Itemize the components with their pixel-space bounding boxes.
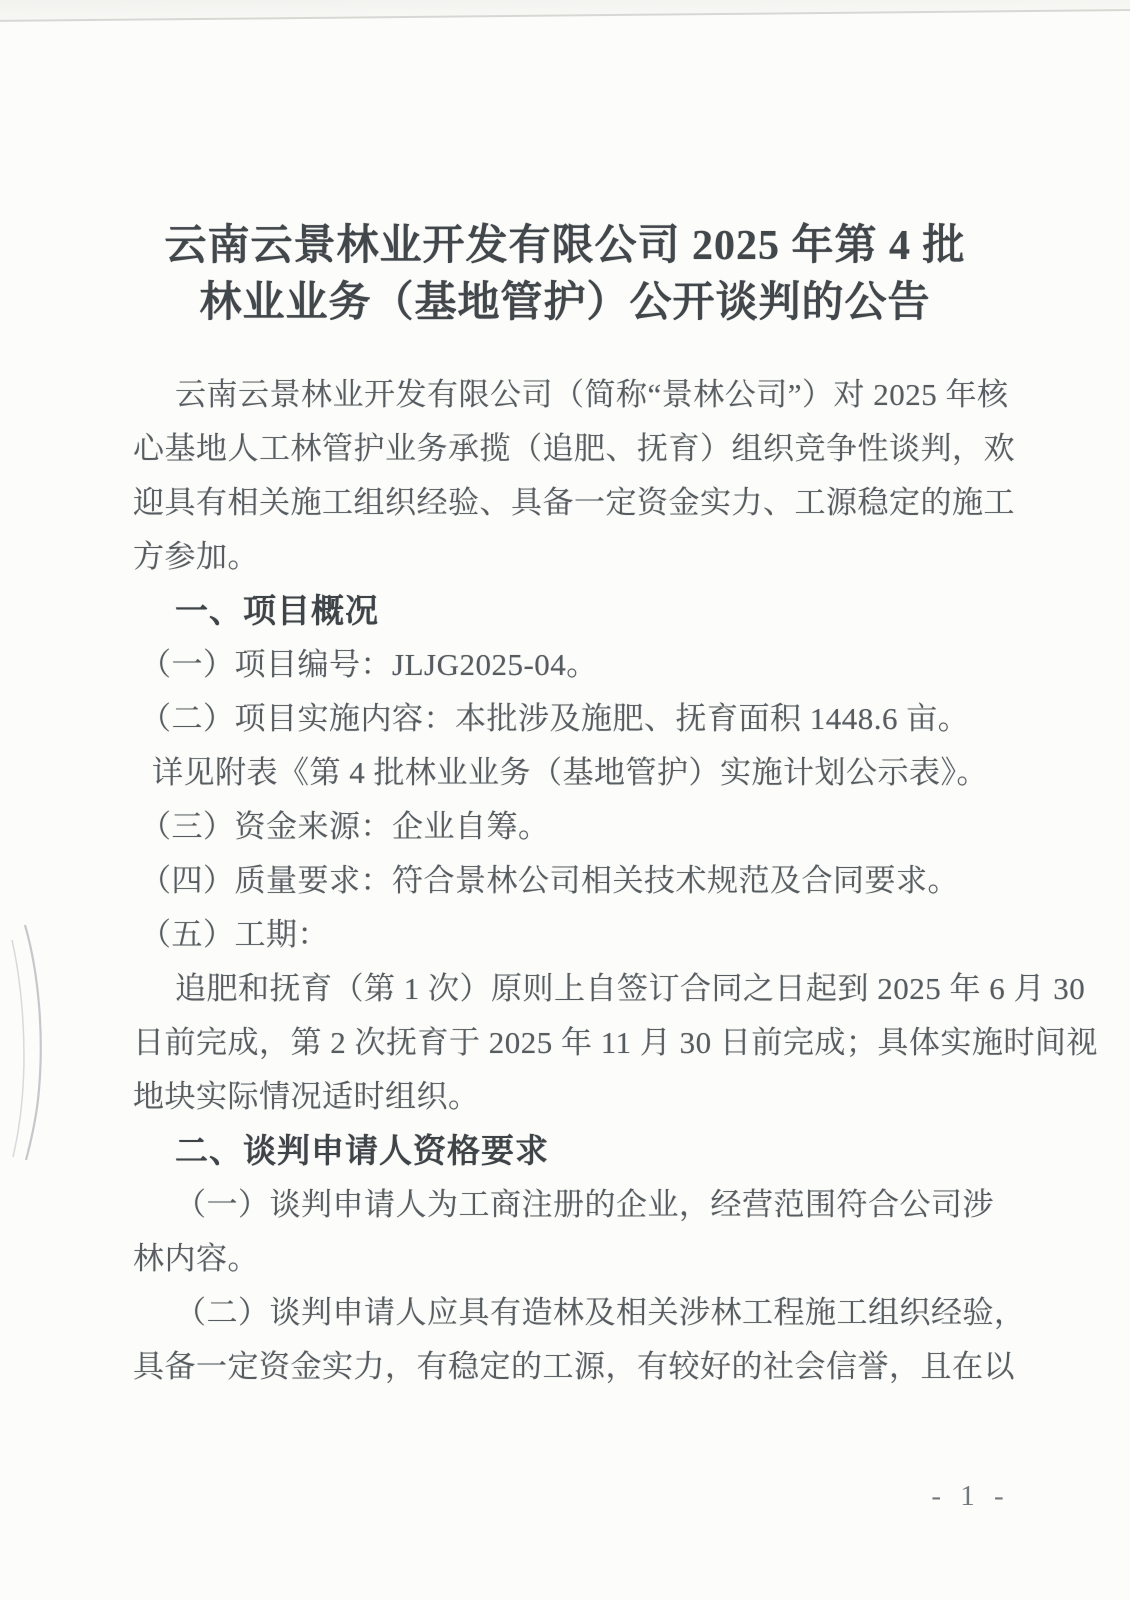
body-line: （三）资金来源：企业自筹。	[133, 800, 1025, 854]
page-number: - 1 -	[903, 1480, 1038, 1513]
scan-edge-artifact	[0, 0, 1130, 22]
document-title-line2: 林业业务（基地管护）公开谈判的公告	[0, 275, 1130, 332]
body-line: 地块实际情况适时组织。	[133, 1070, 1025, 1124]
body-line: （五）工期：	[133, 908, 1025, 962]
scanned-document-page: 云南云景林业开发有限公司 2025 年第 4 批 林业业务（基地管护）公开谈判的…	[0, 0, 1130, 1600]
document-body: 云南云景林业开发有限公司（简称“景林公司”）对 2025 年核 心基地人工林管护…	[133, 368, 1025, 1394]
body-line: 迎具有相关施工组织经验、具备一定资金实力、工源稳定的施工	[133, 476, 1025, 530]
body-line: 具备一定资金实力，有稳定的工源，有较好的社会信誉，且在以	[133, 1340, 1025, 1394]
body-line: （二）项目实施内容：本批涉及施肥、抚育面积 1448.6 亩。	[133, 692, 1025, 746]
body-line: 林内容。	[133, 1232, 1025, 1286]
body-line: 追肥和抚育（第 1 次）原则上自签订合同之日起到 2025 年 6 月 30	[133, 962, 1025, 1016]
body-line: （四）质量要求：符合景林公司相关技术规范及合同要求。	[133, 854, 1025, 908]
body-line: 详见附表《第 4 批林业业务（基地管护）实施计划公示表》。	[133, 746, 1025, 800]
body-line: 心基地人工林管护业务承揽（追肥、抚育）组织竞争性谈判，欢	[133, 422, 1025, 476]
body-line: 云南云景林业开发有限公司（简称“景林公司”）对 2025 年核	[133, 368, 1025, 422]
body-line: （二）谈判申请人应具有造林及相关涉林工程施工组织经验，	[133, 1286, 1025, 1340]
body-line: 日前完成，第 2 次抚育于 2025 年 11 月 30 日前完成；具体实施时间…	[133, 1016, 1025, 1070]
body-line: （一）项目编号：JLJG2025-04。	[133, 638, 1025, 692]
document-title: 云南云景林业开发有限公司 2025 年第 4 批 林业业务（基地管护）公开谈判的…	[0, 218, 1130, 332]
body-line: （一）谈判申请人为工商注册的企业，经营范围符合公司涉	[133, 1178, 1025, 1232]
document-title-line1: 云南云景林业开发有限公司 2025 年第 4 批	[0, 218, 1130, 275]
section-heading-1: 一、项目概况	[133, 584, 1025, 638]
section-heading-2: 二、谈判申请人资格要求	[133, 1124, 1025, 1178]
body-line: 方参加。	[133, 530, 1025, 584]
paper-curl-artifact	[0, 915, 60, 1165]
